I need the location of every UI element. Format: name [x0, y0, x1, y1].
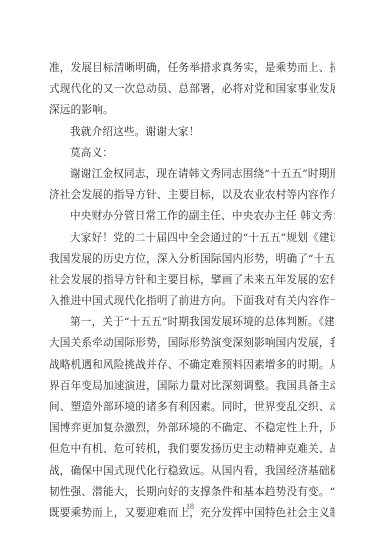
text-line: 我就介绍这些。谢谢大家！: [49, 122, 335, 143]
text-line: 社会发展的指导方针和主要目标，擘画了未来五年发展的宏伟蓝图，为深: [49, 270, 335, 291]
text-line: 我国发展的历史方位，深入分析国际国内形势，明确了“十五五”时期经济: [49, 249, 335, 270]
text-line: 第一，关于“十五五”时期我国发展环境的总体判断。《建议》指出，: [49, 312, 335, 333]
document-page: 准，发展目标清晰明确，任务举措求真务实，是乘势而上、接续推进中国 式现代化的又一…: [0, 0, 380, 537]
speaker-label: 中央财办分管日常工作的副主任、中央农办主任 韩文秀：: [49, 206, 335, 227]
text-line: 谢谢江金权同志，现在请韩文秀同志围绕“十五五”时期形势分析和经: [49, 164, 335, 185]
text-line: 准，发展目标清晰明确，任务举措求真务实，是乘势而上、接续推进中国: [49, 58, 335, 79]
text-line: 战略机遇和风险挑战并存、不确定难预料因素增多的时期。从国际看，世: [49, 355, 335, 376]
text-line: 界百年变局加速演进，国际力量对比深刻调整。我国具备主动运筹国际空: [49, 376, 335, 397]
speaker-label: 莫高义：: [49, 143, 335, 164]
text-line: 但危中有机、危可转机，我们要发扬历史主动精神克难关、战风险、迎挑: [49, 439, 335, 460]
text-line: 式现代化的又一次总动员、总部署，必将对党和国家事业发展产生重大而: [49, 79, 335, 100]
text-line: 深远的影响。: [49, 100, 335, 121]
page-number: 18: [0, 502, 380, 511]
text-line: 济社会发展的指导方针、主要目标，以及农业农村等内容作介绍。: [49, 185, 335, 206]
text-line: 大家好！党的二十届四中全会通过的“十五五”规划《建议》准确把握: [49, 228, 335, 249]
text-line: 间、塑造外部环境的诸多有利因素。同时，世界变乱交织、动荡加剧，大: [49, 397, 335, 418]
text-line: 韧性强、潜能大，长期向好的支撑条件和基本趋势没有变。“十五五”时期，: [49, 482, 335, 503]
text-line: 国博弈更加复杂激烈，外部环境的不确定、不稳定性上升，风险挑战增多。: [49, 418, 335, 439]
text-line: 战，确保中国式现代化行稳致远。从国内看，我国经济基础稳、优势多、: [49, 461, 335, 482]
body-text: 准，发展目标清晰明确，任务举措求真务实，是乘势而上、接续推进中国 式现代化的又一…: [49, 58, 335, 524]
text-line: 入推进中国式现代化指明了前进方向。下面我对有关内容作一些介绍。: [49, 291, 335, 312]
text-line: 大国关系牵动国际形势，国际形势演变深刻影响国内发展，我国发展处于: [49, 333, 335, 354]
